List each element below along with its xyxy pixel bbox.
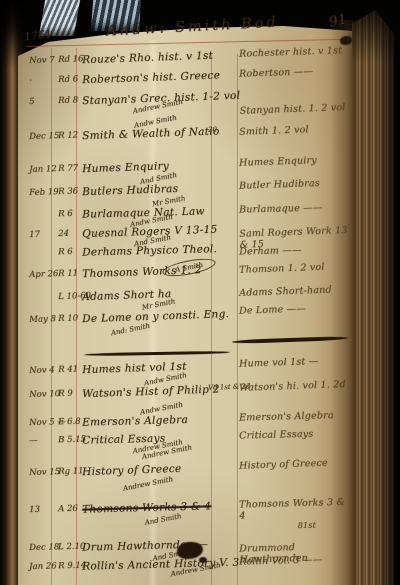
entry-ref: B 5.15 [58,435,84,446]
entry-date: Nov 4 [29,365,59,376]
entry-right-note: History of Greece [239,457,351,472]
entry-title: Smith & Wealth of Natio [82,125,220,142]
entry-right-note: Burlamaque —— [239,202,351,216]
entry-ref: R 9 [58,388,84,399]
entry-date: · [29,75,59,86]
entries-list: Nov 7 Rd 16 Rouze's Rho. hist. v 1st Roc… [0,0,400,585]
entry-right-note: Smith 1. 2 vol [239,123,351,138]
entry-ref: L 2.10 [58,542,84,553]
ink-blot [199,557,207,563]
entry-ref: R 10 [58,313,84,324]
entry-date: Dec 18 [29,542,59,553]
entry-title: Robertson's hist. Greece [82,69,220,86]
entry-row: Dec 18 L 2.10 Drum Hawthornden — Drummon… [0,533,400,543]
entry-ref: A 26 [58,504,84,515]
entry-ref: Rd 6 [58,74,84,85]
entry-date: Dec 15 [29,131,59,142]
entry-right-note: Critical Essays [239,428,351,442]
entry-date: Feb 19 [29,187,59,198]
entry-title: Emerson's Algebra [82,414,188,429]
entry-small-note: 20 [208,125,242,134]
entry-ref: R 9.14 [58,561,84,572]
entry-ref: R 77 [58,163,84,174]
entry-row: Nov 5 — E 6.8 Emerson's Algebra Emerson'… [0,408,400,418]
entry-ref: R 6 [58,209,84,220]
entry-row: May 8 R 10 De Lome on y consti. Eng. De … [0,302,400,316]
entry-row: Dec 15 R 12 Smith & Wealth of Natio 20 S… [0,119,400,133]
entry-row: 13 A 26 Thomsons Works 3 & 4 Thomsons Wo… [0,495,400,505]
entry-ref: R 41 [58,364,84,375]
entry-title: De Lome on y consti. Eng. [82,308,229,325]
entry-right-note: Emerson's Algebra [239,410,351,424]
entry-row: Nov 10 R 9 Watson's Hist of Philip 2 Vd … [0,377,400,391]
entry-row: · Rd 6 Robertson's hist. Greece Robertso… [0,63,400,77]
entry-ref: R 12 [58,130,84,141]
entry-ref: Rd 8 [58,95,84,106]
entry-row: Nov 15 Rg 11 History of Greece History o… [0,455,400,469]
entry-row: Nov 4 R 41 Humes hist vol 1st Hume vol 1… [0,353,400,367]
entry-title: Thomsons Works 3 & 4 [82,500,211,515]
entry-right-note: Hume vol 1st — [239,355,351,370]
entry-ref: R 6 [58,247,84,258]
entry-right-note: Stanyan hist. 1. 2 vol [239,102,351,117]
entry-ref: E 6.8 [58,417,84,428]
entry-right-note: Thomson 1. 2 vol [239,261,351,276]
entry-date: Nov 5 — [29,417,59,428]
entry-ref: Rd 16 [58,54,84,65]
entry-row: Nov 7 Rd 16 Rouze's Rho. hist. v 1st Roc… [0,43,400,57]
entry-row: Feb 19 R 36 Butlers Hudibras Butler Hudi… [0,175,400,189]
entry-right-note: Adams Short-hand [239,284,351,299]
entry-date: May 8 [29,314,59,325]
entry-row: Apr 26 R 11 Thomsons Works 1. 2 Thomson … [0,257,400,271]
entry-row: Jan 12 R 77 Humes Enquiry Humes Enquiry [0,152,400,166]
entry-right-note: Watson's hi. vol 1. 2d [239,379,351,394]
entry-ref: R 36 [58,186,84,197]
entry-row: 5 Rd 8 Stanyan's Grec. hist. 1-2 vol Sta… [0,84,400,98]
entry-annotation: And: Smith [110,322,150,337]
entry-title: Rouze's Rho. hist. v 1st [82,50,213,67]
entry-date: Nov 15 [29,467,59,478]
entry-right-note: Butler Hudibras [239,177,351,192]
entry-right-note: Rollin Vol. 3 —— [239,554,351,568]
entry-right-note: De Lome —— [239,302,351,317]
entry-row: R 6 Burlamaque Nat. Law Burlamaque —— Mr… [0,200,400,210]
entry-ref: 24 [58,228,84,239]
entry-date: 5 [29,96,59,107]
ledger-photo: 1761 Andw: Smith Bod 91 Nov 7 Rd 16 Rouz… [0,0,400,585]
entry-annotation: Andrew Smith [122,475,173,493]
entry-date: Nov 10 [29,389,59,400]
entry-ref: Rg 11 [58,466,84,477]
entry-row: — B 5.15 Critical Essays Critical Essays… [0,426,400,436]
entry-annotation: And Smith [144,512,182,527]
entry-ref: R 11 [58,268,84,279]
entry-title: Humes Enquiry [82,160,169,175]
entry-date: — [29,435,59,446]
entry-right-note: Thomsons Works 3 & 481st [239,497,352,533]
entry-title: Butlers Hudibras [82,183,179,198]
entry-date: Jan 12 [29,164,59,175]
entry-right-note: Robertson —— [239,65,351,80]
entry-right-note: Rochester hist. v 1st [239,45,351,60]
entry-right-note: Derham —— [239,244,351,258]
entry-row: L 10-60 Adams Short ha Adams Short-hand [0,280,400,294]
entry-right-sub: 81st [297,519,351,531]
entry-right-note: Humes Enquiry [239,154,351,169]
entry-date: Jan 26 [29,561,59,572]
entry-date: 17 [29,229,59,240]
entry-date: Nov 7 [29,55,59,66]
entry-small-note: Vd 1st & 2d [208,383,242,392]
entry-date: 13 [29,504,59,515]
entry-ref: L 10-60 [58,291,84,302]
entry-title: Derhams Physico Theol. [82,243,217,259]
entry-date: Apr 26 [29,269,59,280]
